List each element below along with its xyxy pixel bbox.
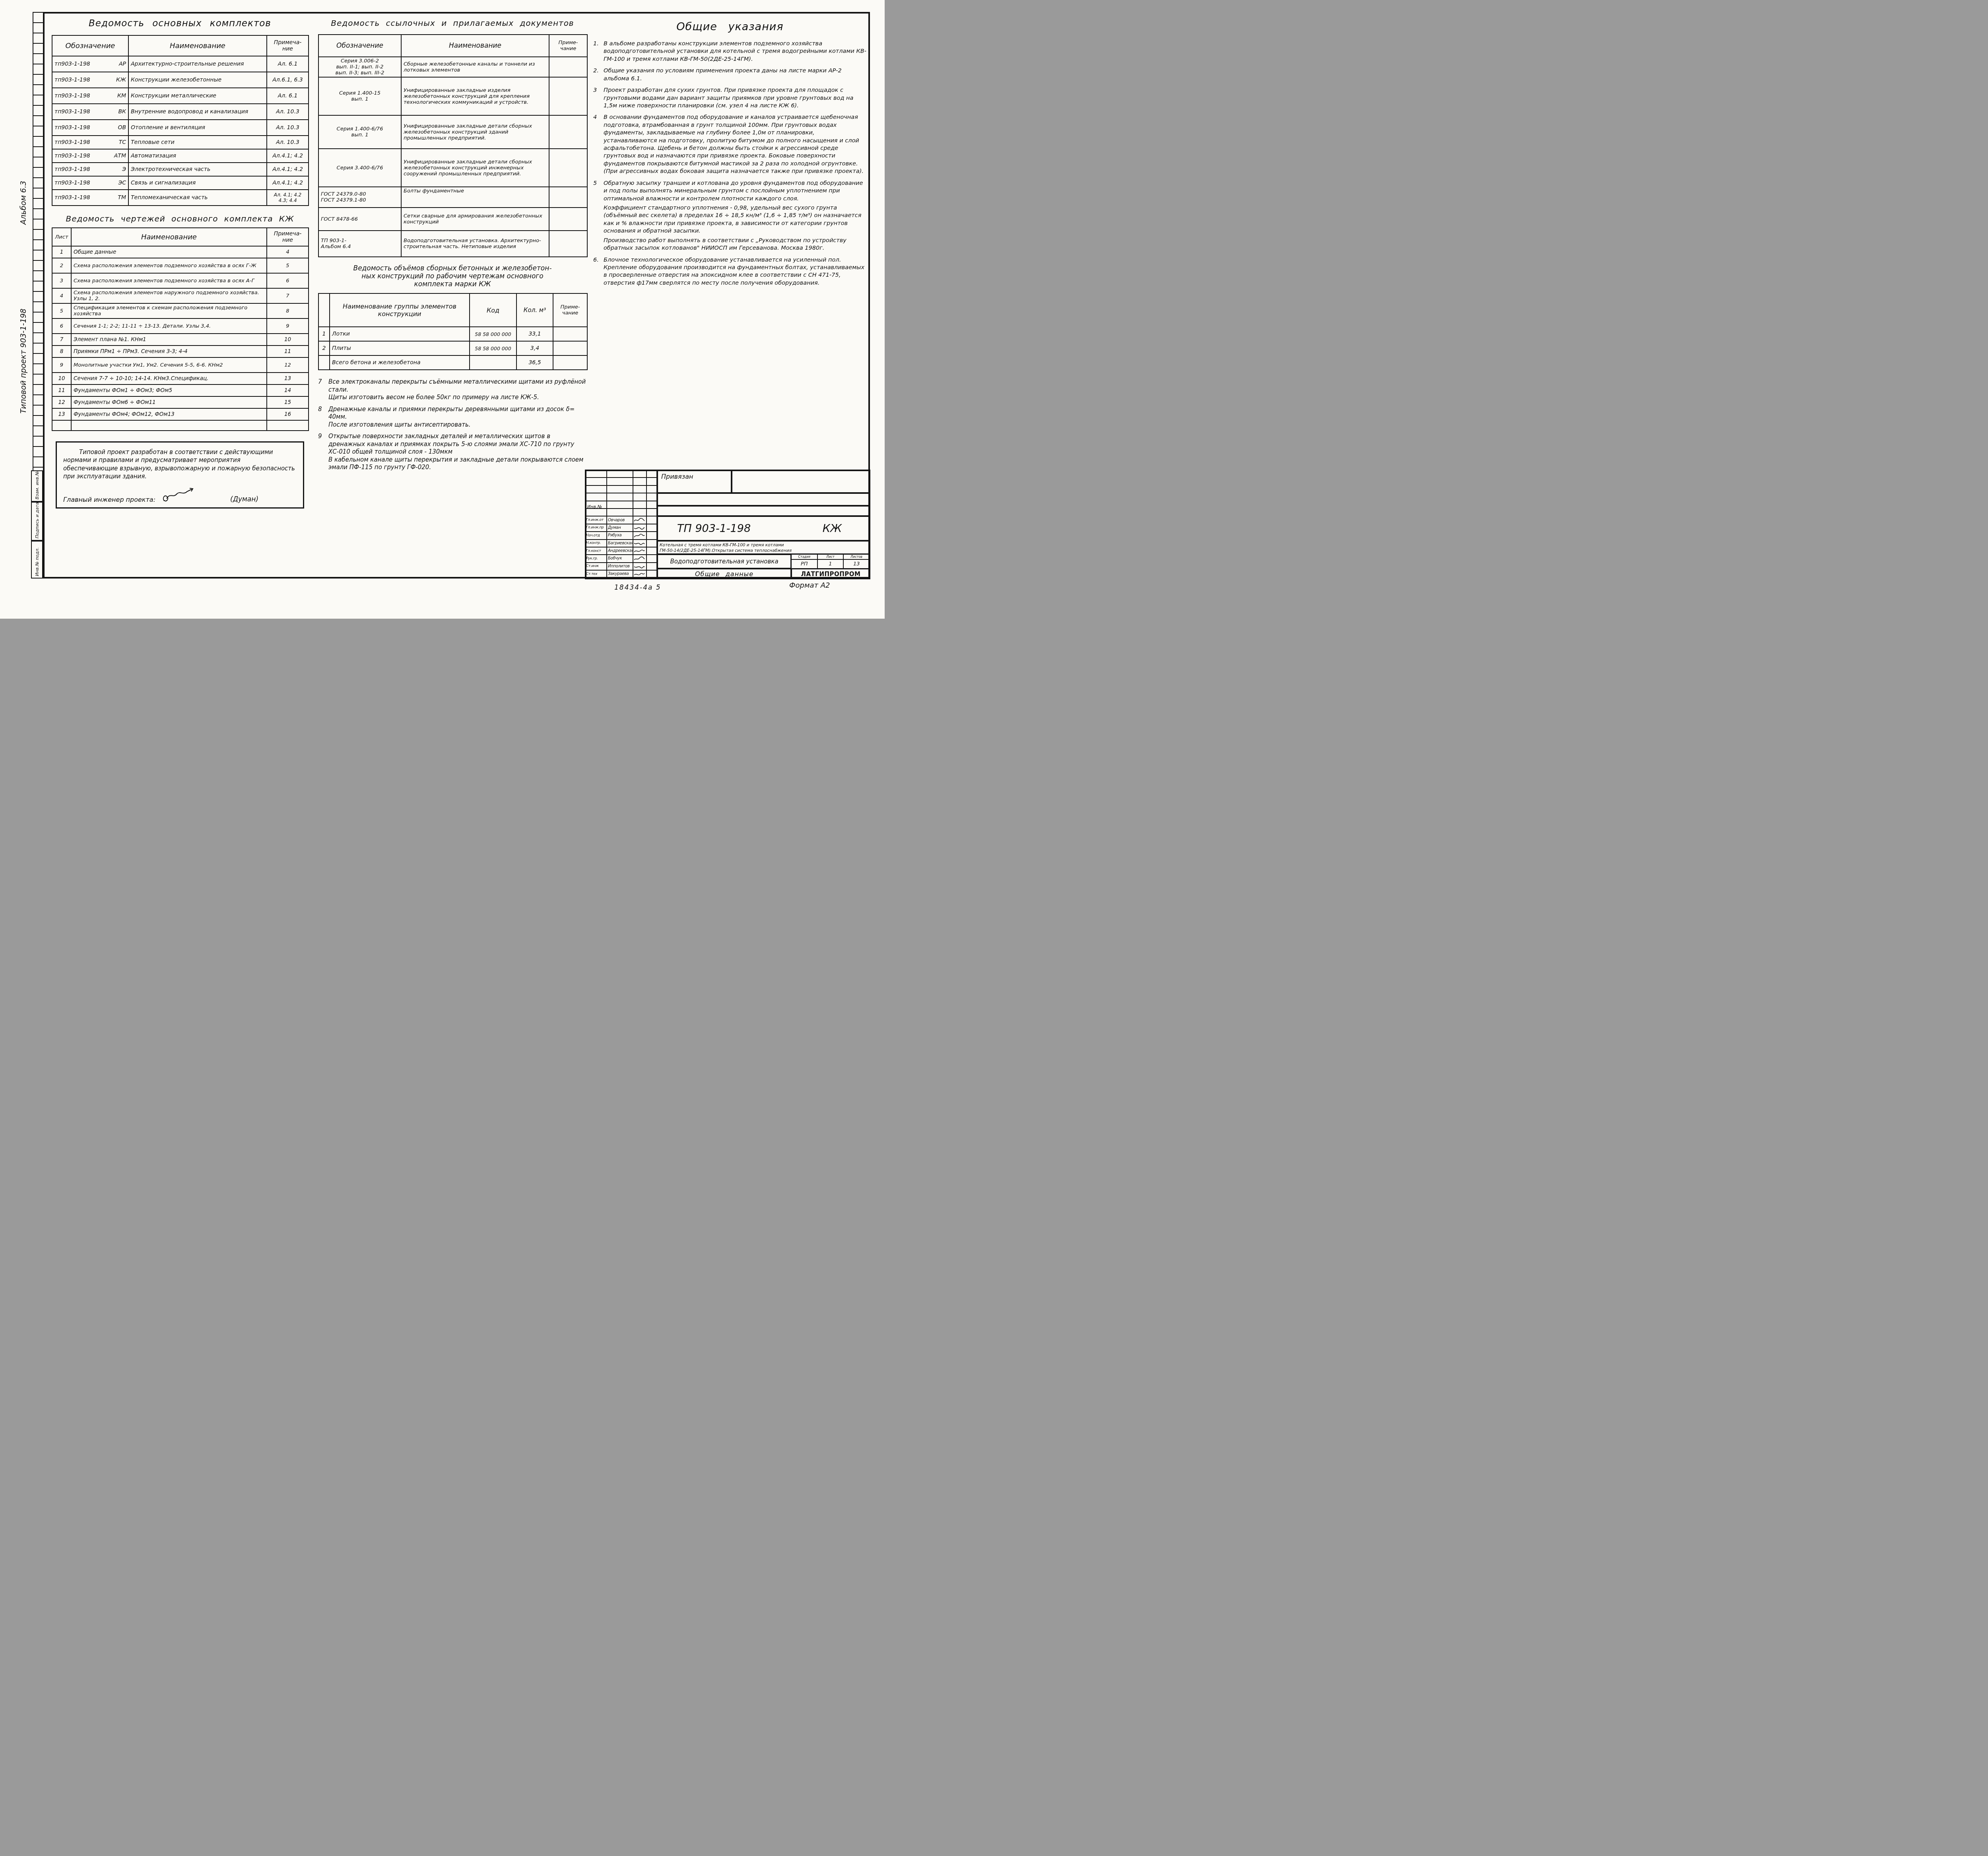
signature-icon [633,571,645,577]
note-item: Производство работ выполнять в соответст… [593,237,867,252]
note-item: Коэффициент стандартного уплотнения - 0,… [593,204,867,235]
left-column: Ведомость основных комплектов Обозначени… [52,18,308,509]
ref-docs-table: Обозначение Наименование Приме- чание Се… [318,34,588,257]
sheet-label: Лист [817,554,844,559]
sheet-content-name: Общие данные [657,569,791,579]
note-item: 7 Все электроканалы перекрыты съёмными м… [318,378,587,402]
signature-role: Гл.инж.пр [586,524,607,532]
general-notes-title: Общие указания [593,21,867,33]
stamp-podpis-data: Подпись и дата [31,502,43,541]
table-row: тп903-1-198ВКВнутренние водопровод и кан… [52,104,309,120]
signature-role: Ст.инж [586,563,607,571]
note-item: 6.Блочное технологическое оборудование у… [593,256,867,287]
binding-ruler [33,12,44,470]
signature-name: Ипполитов [607,563,633,571]
signature-icon [633,533,645,538]
order-number: 18434-4а 5 [614,584,661,592]
signature-role: Нач.отд [586,532,607,540]
main-sets-title: Ведомость основных комплектов [52,18,308,29]
format-label: Формат А2 [789,581,830,590]
col-header: Лист [52,228,71,246]
table-row: 10Сечения 7-7 ÷ 10-10; 14-14. КНм3.Специ… [52,373,309,384]
signature-role: Гл.конст [586,547,607,555]
compliance-note-text: Типовой проект разработан в соответствии… [63,448,297,480]
table-row: 2Схема расположения элементов подземного… [52,258,309,273]
table-row: тп903-1-198ОВОтопление и вентиляцияАл. 1… [52,120,309,136]
col-header: Кол. м³ [516,293,553,327]
compliance-note-box: Типовой проект разработан в соответствии… [56,441,304,509]
organization-name: ЛАТГИПРОПРОМ [791,569,870,579]
col-header: Обозначение [52,35,128,56]
table-row: тп903-1-198ТСТепловые сетиАл. 10.3 [52,136,309,149]
table-row: ГОСТ 8478-66Сетки сварные для армировани… [318,208,587,231]
ref-docs-title: Ведомость ссылочных и прилагаемых докуме… [318,18,587,28]
table-row: 1Лотки58 58 000 00033,1 [318,327,587,341]
title-block-empty-band [657,493,870,506]
signature-name: Овчаров [607,516,633,524]
side-album-label: Альбом 6.3 [19,181,28,225]
col-header: Приме- чание [553,293,587,327]
note-item: 1.В альбоме разработаны конструкции элем… [593,40,867,63]
table-row: ТП 903-1- Альбом 6.4Водоподготовительная… [318,231,587,257]
table-row: 11Фундаменты ФОм1 ÷ ФОм3; ФОм514 [52,384,309,396]
inv-number-label: Инв.№ [587,504,602,509]
table-row: тп903-1-198АРАрхитектурно-строительные р… [52,56,309,72]
note-item: 4В основании фундаментов под оборудовани… [593,114,867,175]
signature-icon [633,556,645,561]
table-row: 5Спецификация элементов к схемам располо… [52,303,309,318]
table-row: 1Общие данные4 [52,246,309,258]
col-header: Код [470,293,516,327]
title-block-revision-grid: Гл.инж.отОвчаров Гл.инж.прДуман Нач.отдР… [586,470,657,579]
sheet-number: 1 [817,559,844,569]
col-header: Приме- чание [549,35,587,57]
signature-role: Гл.инж.от [586,516,607,524]
general-notes: 1.В альбоме разработаны конструкции элем… [593,40,867,287]
stage-sheet-grid: Стадия Лист Листов РП 1 13 [791,554,870,569]
signature-icon [633,548,645,554]
stamp-inv-podl: Инв.№ подл. [31,541,43,579]
table-row: тп903-1-198АТМАвтоматизацияАл.4.1; 4.2 [52,149,309,163]
note-item: 3Проект разработан для сухих грунтов. Пр… [593,87,867,110]
col-header: Примеча- ние [267,228,309,246]
table-row: Серия 1.400-6/76 вып. 1Унифицированные з… [318,115,587,149]
col-header: Обозначение [318,35,401,57]
volumes-title: Ведомость объёмов сборных бетонных и жел… [318,264,587,288]
signature-name: Багриевская [607,540,633,547]
col-header: Наименование [128,35,267,56]
table-row: тп903-1-198КМКонструкции металлическиеАл… [52,88,309,104]
table-row: 6Сечения 1-1; 2-2; 11-11 ÷ 13-13. Детали… [52,318,309,334]
main-sets-table: Обозначение Наименование Примеча- ние тп… [52,35,309,206]
note-item: 2.Общие указания по условиям применения … [593,67,867,83]
col-header: Наименование [71,228,267,246]
signature-icon [633,517,645,523]
chief-engineer-label: Главный инженер проекта: [63,496,155,503]
drawings-title: Ведомость чертежей основного комплекта К… [52,214,308,223]
signature-icon [161,487,209,503]
middle-notes: 7 Все электроканалы перекрыты съёмными м… [318,378,587,472]
note-item: 8 Дренажные каналы и приямки перекрыты д… [318,406,587,429]
sheet-name: Водоподготовительная установка [657,554,791,569]
signature-icon [633,563,645,569]
table-row: 3Схема расположения элементов подземного… [52,273,309,288]
note-item: 5Обратную засыпку траншеи и котлована до… [593,180,867,203]
right-column: Общие указания 1.В альбоме разработаны к… [593,21,867,291]
table-row: 8Приямки ПРм1 ÷ ПРм3. Сечения 3-3; 4-411 [52,346,309,357]
table-row: Всего бетона и железобетона36,5 [318,355,587,370]
stamp-vzam-inv: Взам. инв.№ [31,470,43,502]
table-row: 12Фундаменты ФОм6 ÷ ФОм1115 [52,396,309,408]
sheets-label: Листов [843,554,870,559]
signature-role: Рук.гр. [586,555,607,563]
signature-name: Закураева [607,571,633,578]
side-project-label: Типовой проект 903-1-198 [19,309,28,414]
table-row-empty [52,420,309,431]
table-row: 2Плиты58 58 000 0003,4 [318,341,587,355]
table-row: 13Фундаменты ФОм4; ФОм12, ФОм1316 [52,408,309,420]
col-header: Наименование группы элементов конструкци… [330,293,470,327]
signature-name: Думан [607,524,633,532]
table-row: тп903-1-198ЭЭлектротехническая частьАл.4… [52,163,309,176]
drawings-table: Лист Наименование Примеча- ние 1Общие да… [52,227,309,431]
table-row: 9Монолитные участки Ум1, Ум2. Сечения 5-… [52,357,309,373]
table-row: тп903-1-198КЖКонструкции железобетонныеА… [52,72,309,88]
table-row: 4Схема расположения элементов наружного … [52,288,309,303]
col-header: Наименование [401,35,549,57]
signature-icon [633,540,645,546]
title-block-empty-band [657,506,870,516]
table-row: 7Элемент плана №1. КНм110 [52,334,309,346]
document-mark: КЖ [823,522,842,535]
binding-status: Привязан [657,470,732,493]
col-header [318,293,330,327]
volumes-table: Наименование группы элементов конструкци… [318,293,588,370]
signature-role: Н.контр. [586,540,607,547]
drawing-sheet: Альбом 6.3 Типовой проект 903-1-198 Взам… [0,0,885,619]
table-row: Серия 3.006-2 вып. II-1; вып. II-2 вып. … [318,57,587,77]
document-code: ТП 903-1-198 [677,522,751,535]
middle-column: Ведомость ссылочных и прилагаемых докуме… [318,18,587,476]
table-row: Серия 1.400-15 вып. 1Унифицированные зак… [318,77,587,115]
stage-label: Стадия [791,554,817,559]
table-row: Серия 3.400-6/76Унифицированные закладны… [318,149,587,187]
chief-engineer-name: (Думан) [230,495,258,503]
note-item: 9 Открытые поверхности закладных деталей… [318,433,587,472]
signature-name: Андреевская [607,547,633,555]
object-description: Котельная с тремя котлами КВ-ГМ-100 и тр… [657,541,870,554]
col-header: Примеча- ние [267,35,309,56]
table-row: ГОСТ 24379.0-80 ГОСТ 24379.1-80Болты фун… [318,187,587,208]
signature-role: Ст.тех [586,571,607,578]
title-block-empty-cell [732,470,870,493]
signature-name: Бобчук [607,555,633,563]
table-row: тп903-1-198ЭССвязь и сигнализацияАл.4.1;… [52,176,309,190]
stage-value: РП [791,559,817,569]
document-code-cell: ТП 903-1-198 КЖ [657,516,870,541]
signature-icon [633,525,645,530]
table-row: тп903-1-198ТМТепломеханическая частьАл. … [52,190,309,206]
sheets-total: 13 [843,559,870,569]
signature-name: Рябуха [607,532,633,540]
